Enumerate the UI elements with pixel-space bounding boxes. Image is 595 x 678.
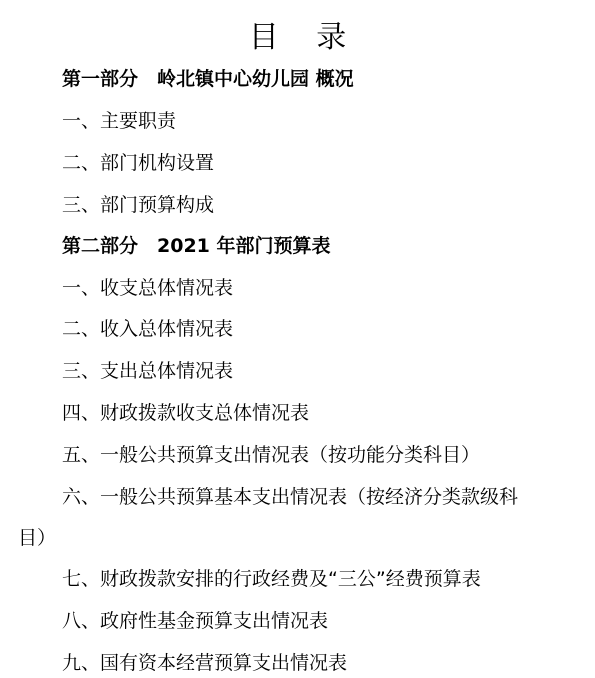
toc-section-heading-2[interactable]: 第二部分 2021 年部门预算表 <box>62 233 331 259</box>
toc-item[interactable]: 八、政府性基金预算支出情况表 <box>62 608 328 634</box>
toc-item[interactable]: 六、一般公共预算基本支出情况表（按经济分类款级科 <box>62 484 518 510</box>
toc-item-continuation[interactable]: 目） <box>18 525 56 551</box>
toc-item[interactable]: 三、部门预算构成 <box>62 192 214 218</box>
toc-item[interactable]: 五、一般公共预算支出情况表（按功能分类科目） <box>62 442 480 468</box>
toc-item[interactable]: 一、主要职责 <box>62 108 176 134</box>
toc-item[interactable]: 二、部门机构设置 <box>62 150 214 176</box>
toc-item[interactable]: 四、财政拨款收支总体情况表 <box>62 400 309 426</box>
toc-item[interactable]: 三、支出总体情况表 <box>62 358 233 384</box>
toc-section-heading-1[interactable]: 第一部分 岭北镇中心幼儿园 概况 <box>62 66 354 92</box>
toc-item[interactable]: 七、财政拨款安排的行政经费及“三公”经费预算表 <box>62 566 481 592</box>
toc-item[interactable]: 一、收支总体情况表 <box>62 275 233 301</box>
page-title: 目 录 <box>0 18 595 58</box>
toc-item[interactable]: 二、收入总体情况表 <box>62 316 233 342</box>
toc-item[interactable]: 九、国有资本经营预算支出情况表 <box>62 650 347 676</box>
